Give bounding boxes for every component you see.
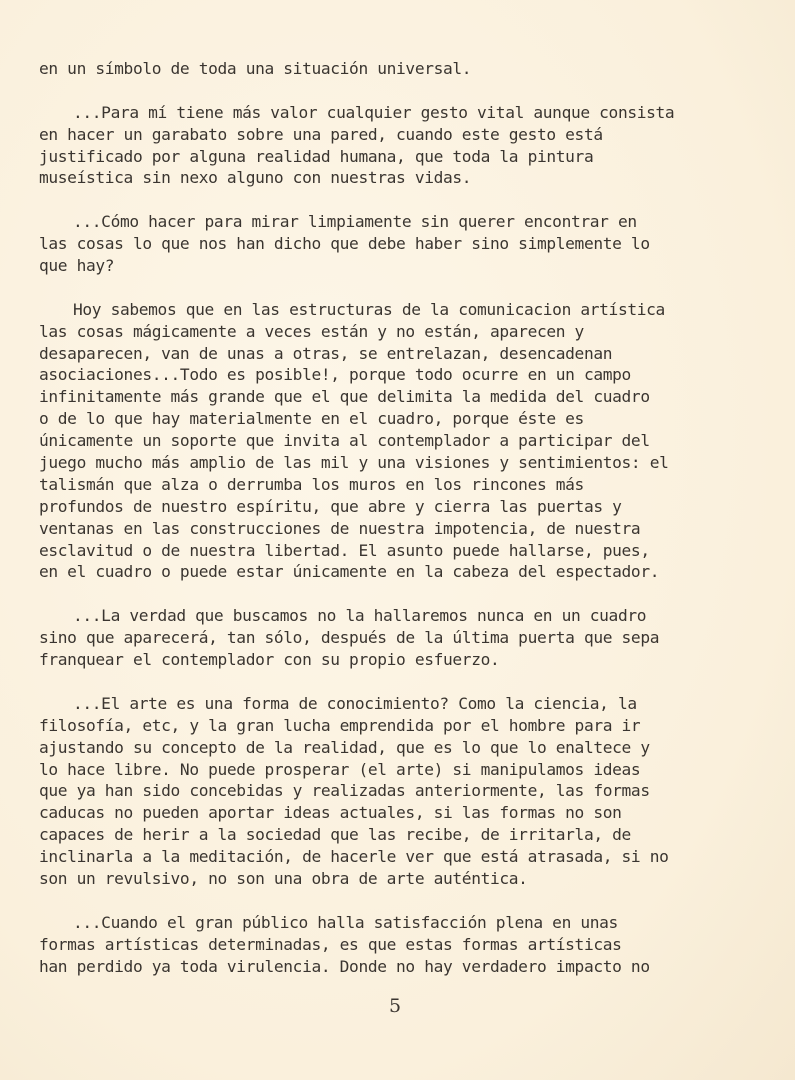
- text-line: únicamente un soporte que invita al cont…: [39, 430, 779, 452]
- paragraph: ...Cómo hacer para mirar limpiamente sin…: [39, 211, 779, 277]
- text-line: en el cuadro o puede estar únicamente en…: [39, 561, 779, 583]
- text-line: en hacer un garabato sobre una pared, cu…: [39, 124, 779, 146]
- text-line: las cosas lo que nos han dicho que debe …: [39, 233, 779, 255]
- text-line: Hoy sabemos que en las estructuras de la…: [39, 299, 779, 321]
- text-line: en un símbolo de toda una situación univ…: [39, 58, 779, 80]
- text-line: ventanas en las construcciones de nuestr…: [39, 518, 779, 540]
- text-line: lo hace libre. No puede prosperar (el ar…: [39, 759, 779, 781]
- text-line: juego mucho más amplio de las mil y una …: [39, 452, 779, 474]
- text-line: ...Para mí tiene más valor cualquier ges…: [39, 102, 779, 124]
- text-line: las cosas mágicamente a veces están y no…: [39, 321, 779, 343]
- paragraph: Hoy sabemos que en las estructuras de la…: [39, 299, 779, 584]
- text-line: franquear el contemplador con su propio …: [39, 649, 779, 671]
- text-line: que hay?: [39, 255, 779, 277]
- text-line: talismán que alza o derrumba los muros e…: [39, 474, 779, 496]
- text-line: ...Cómo hacer para mirar limpiamente sin…: [39, 211, 779, 233]
- text-line: que ya han sido concebidas y realizadas …: [39, 780, 779, 802]
- text-line: capaces de herir a la sociedad que las r…: [39, 824, 779, 846]
- text-line: infinitamente más grande que el que deli…: [39, 386, 779, 408]
- paragraph: ...El arte es una forma de conocimiento?…: [39, 693, 779, 890]
- body-text: en un símbolo de toda una situación univ…: [39, 58, 779, 999]
- text-line: inclinarla a la meditación, de hacerle v…: [39, 846, 779, 868]
- text-line: esclavitud o de nuestra libertad. El asu…: [39, 540, 779, 562]
- document-page: en un símbolo de toda una situación univ…: [0, 0, 795, 1080]
- text-line: ...El arte es una forma de conocimiento?…: [39, 693, 779, 715]
- text-line: o de lo que hay materialmente en el cuad…: [39, 408, 779, 430]
- paragraph: en un símbolo de toda una situación univ…: [39, 58, 779, 80]
- text-line: sino que aparecerá, tan sólo, después de…: [39, 627, 779, 649]
- page-number: 5: [389, 995, 401, 1017]
- paragraph: ...La verdad que buscamos no la hallarem…: [39, 605, 779, 671]
- text-line: caducas no pueden aportar ideas actuales…: [39, 802, 779, 824]
- text-line: museística sin nexo alguno con nuestras …: [39, 167, 779, 189]
- text-line: han perdido ya toda virulencia. Donde no…: [39, 956, 779, 978]
- text-line: filosofía, etc, y la gran lucha emprendi…: [39, 715, 779, 737]
- paragraph: ...Cuando el gran público halla satisfac…: [39, 912, 779, 978]
- text-line: ...Cuando el gran público halla satisfac…: [39, 912, 779, 934]
- text-line: ...La verdad que buscamos no la hallarem…: [39, 605, 779, 627]
- text-line: formas artísticas determinadas, es que e…: [39, 934, 779, 956]
- text-line: son un revulsivo, no son una obra de art…: [39, 868, 779, 890]
- text-line: profundos de nuestro espíritu, que abre …: [39, 496, 779, 518]
- text-line: desaparecen, van de unas a otras, se ent…: [39, 343, 779, 365]
- text-line: ajustando su concepto de la realidad, qu…: [39, 737, 779, 759]
- text-line: asociaciones...Todo es posible!, porque …: [39, 364, 779, 386]
- text-line: justificado por alguna realidad humana, …: [39, 146, 779, 168]
- paragraph: ...Para mí tiene más valor cualquier ges…: [39, 102, 779, 190]
